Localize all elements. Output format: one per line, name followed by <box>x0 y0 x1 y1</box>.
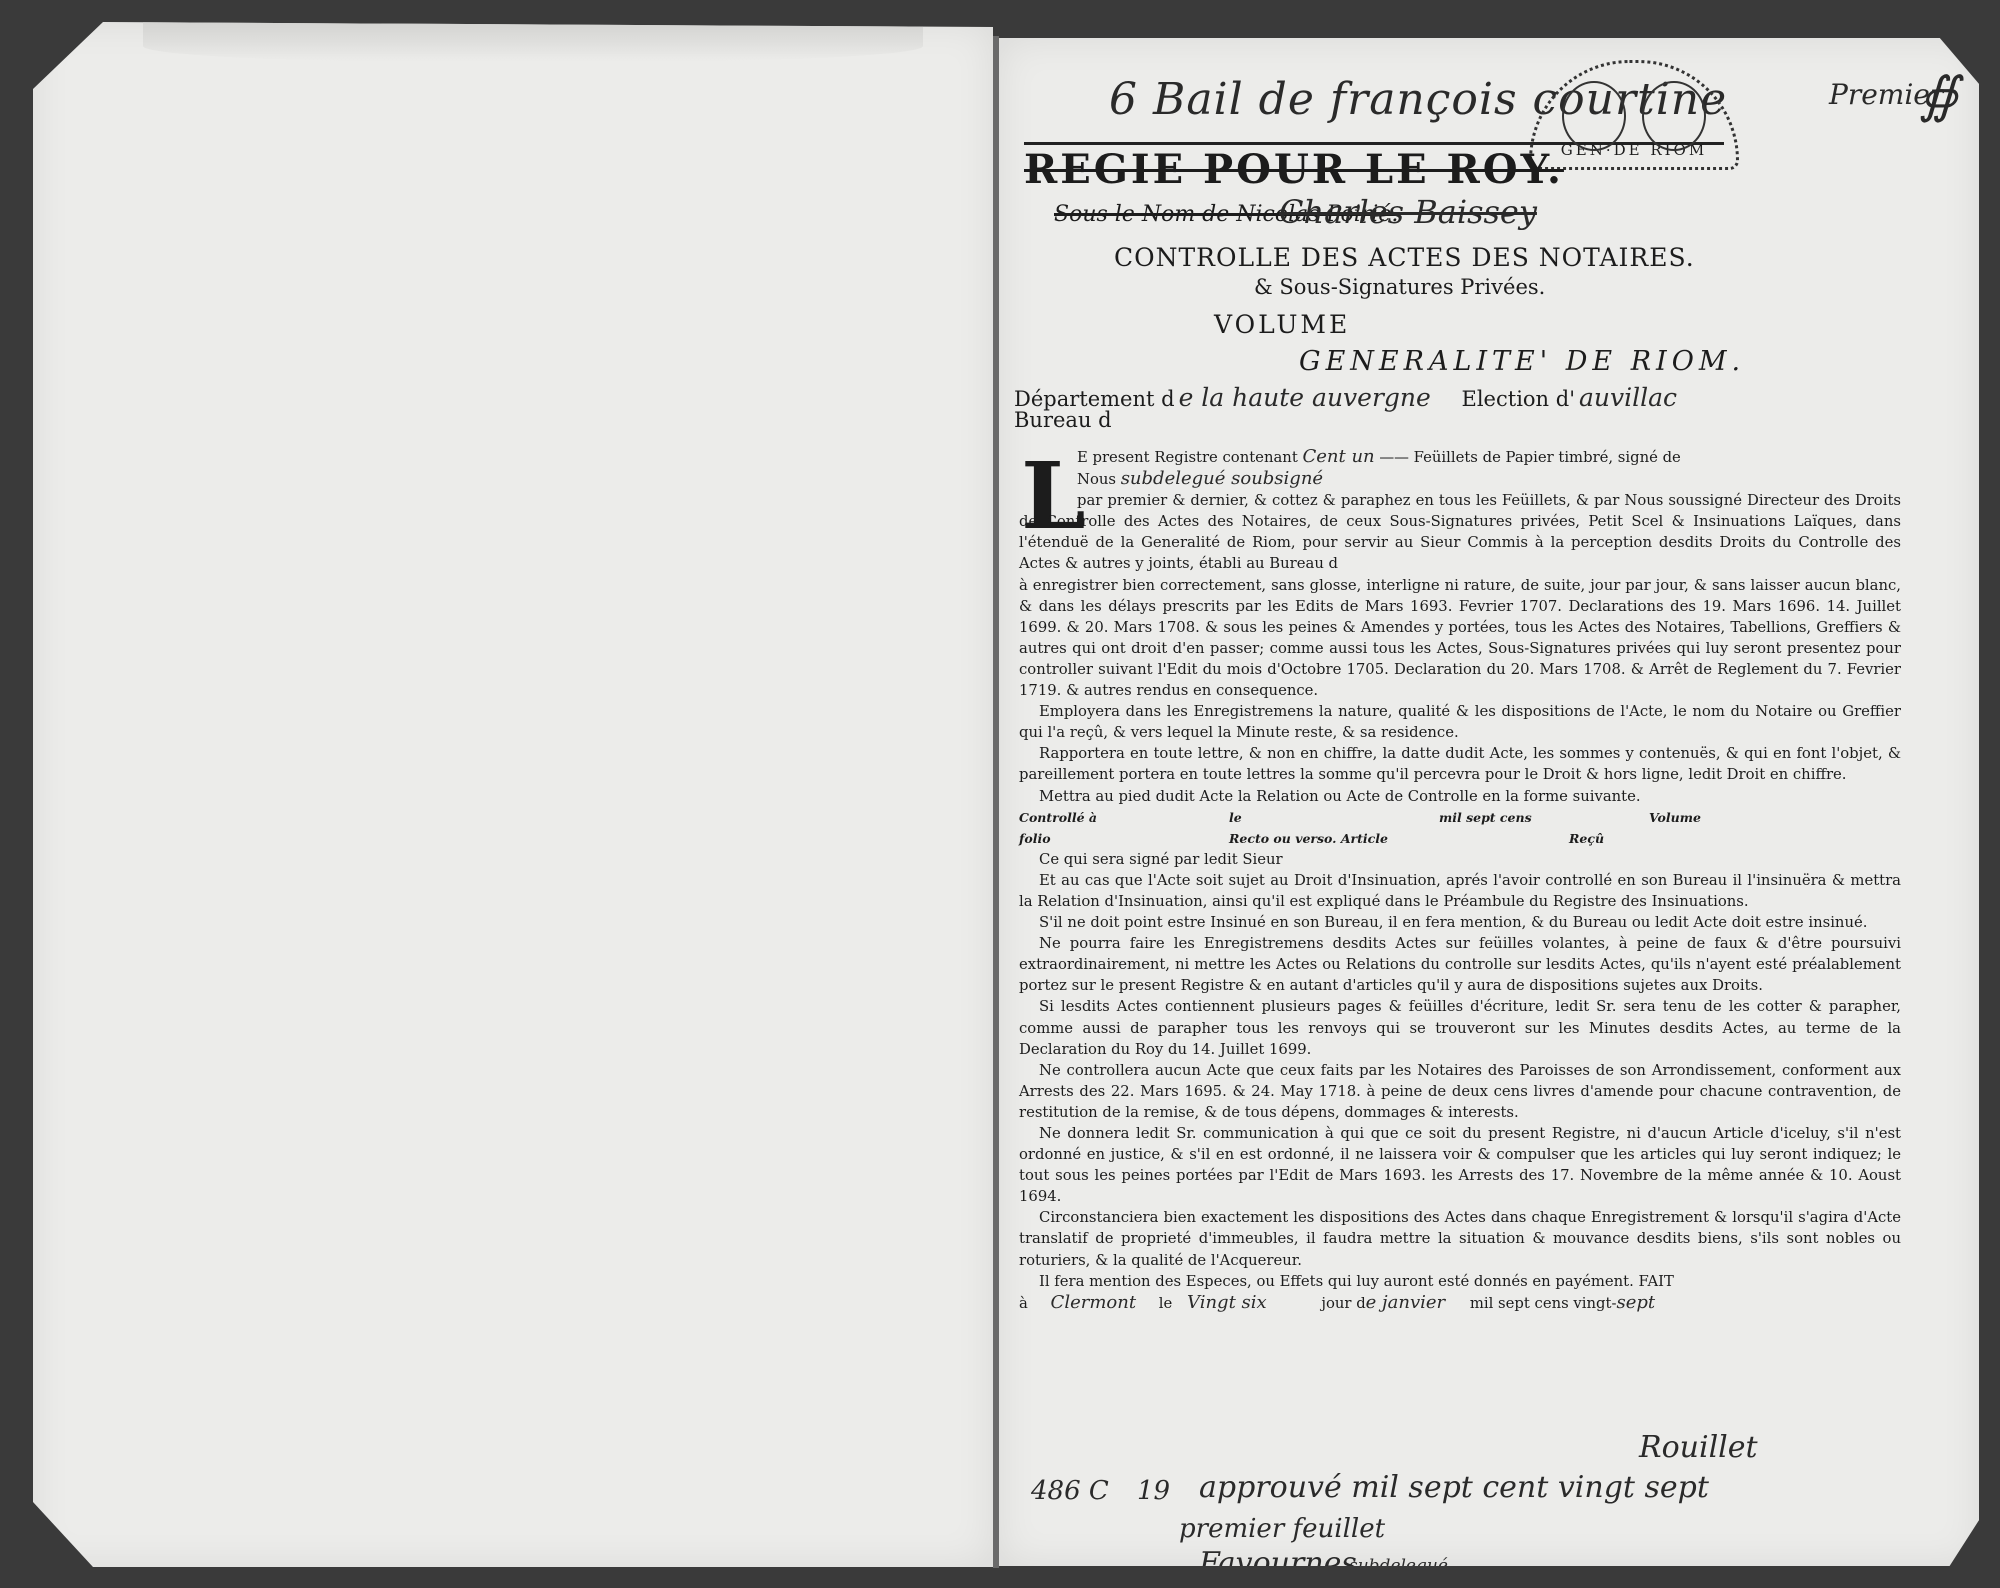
signature-subdelegue: Favournes <box>1199 1546 1357 1581</box>
paragraph: S'il ne doit point estre Insinué en son … <box>1019 912 1901 933</box>
election-value: auvillac <box>1579 383 1677 412</box>
subdelegue-title: subdelegué <box>1349 1556 1448 1576</box>
controlle-form-row-2: folio Recto ou verso. Article Reçû <box>1019 828 1901 849</box>
paragraph: par premier & dernier, & cottez & paraph… <box>1019 490 1901 574</box>
signature-rouillet: Rouillet <box>1639 1430 1758 1465</box>
bureau-line: Bureau d <box>1014 408 1112 432</box>
water-stain <box>143 22 923 62</box>
paragraph: Si lesdits Actes contiennent plusieurs p… <box>1019 996 1901 1059</box>
election-label: Election d' <box>1462 387 1575 411</box>
paragraph: Ne donnera ledit Sr. communication à qui… <box>1019 1123 1901 1207</box>
fait-line: à Clermont le Vingt six jour de janvier … <box>1019 1292 1901 1314</box>
departement-value: e la haute auvergne <box>1179 383 1431 412</box>
paragraph: Et au cas que l'Acte soit sujet au Droit… <box>1019 870 1901 912</box>
bureau-label: Bureau d <box>1014 408 1112 432</box>
paragraph: Nous subdelegué soubsigné <box>1077 468 1901 490</box>
stamp-seal-circles <box>1562 81 1706 151</box>
approval-note: approuvé mil sept cent vingt sept <box>1199 1470 1709 1505</box>
paragraph: Employera dans les Enregistremens la nat… <box>1019 701 1901 743</box>
volume-label: VOLUME <box>1214 310 1350 339</box>
paragraph: E present Registre contenant Cent un —— … <box>1077 446 1901 468</box>
generalite-heading: GENERALITE' DE RIOM. <box>1299 346 1745 377</box>
paragraph: Ce qui sera signé par ledit Sieur <box>1019 849 1901 870</box>
left-page-blank <box>33 22 993 1567</box>
handwritten-name: Charles Baissey <box>1279 193 1537 231</box>
premier-feuillet-note: premier feuillet <box>1179 1514 1385 1544</box>
paragraph: à enregistrer bien correctement, sans gl… <box>1019 575 1901 702</box>
margin-number-2: 19 <box>1137 1476 1170 1506</box>
body-text: E present Registre contenant Cent un —— … <box>1019 446 1901 1314</box>
document-title: CONTROLLE DES ACTES DES NOTAIRES. <box>1114 243 1695 272</box>
paragraph: Mettra au pied dudit Acte la Relation ou… <box>1019 786 1901 807</box>
regie-title: REGIE POUR LE ROY. <box>1024 146 1564 193</box>
paragraph: Rapportera en toute lettre, & non en chi… <box>1019 743 1901 785</box>
controlle-form-row-1: Controllé à le mil sept cens Volume <box>1019 807 1901 828</box>
margin-number: 486 C <box>1031 1476 1109 1506</box>
document-subtitle: & Sous-Signatures Privées. <box>1254 275 1545 299</box>
paragraph: Circonstanciera bien exactement les disp… <box>1019 1207 1901 1270</box>
right-page-register: 6 Bail de françois courtine Premier ∯ GE… <box>999 38 1979 1566</box>
paragraph: Ne pourra faire les Enregistremens desdi… <box>1019 933 1901 996</box>
paragraph: Ne controllera aucun Acte que ceux faits… <box>1019 1060 1901 1123</box>
book-gutter <box>993 36 999 1568</box>
departement-line: Département de la haute auvergne Electio… <box>1014 383 1677 412</box>
paragraph: Il fera mention des Especes, ou Effets q… <box>1019 1271 1901 1292</box>
paraph-mark: ∯ <box>1919 66 1958 124</box>
